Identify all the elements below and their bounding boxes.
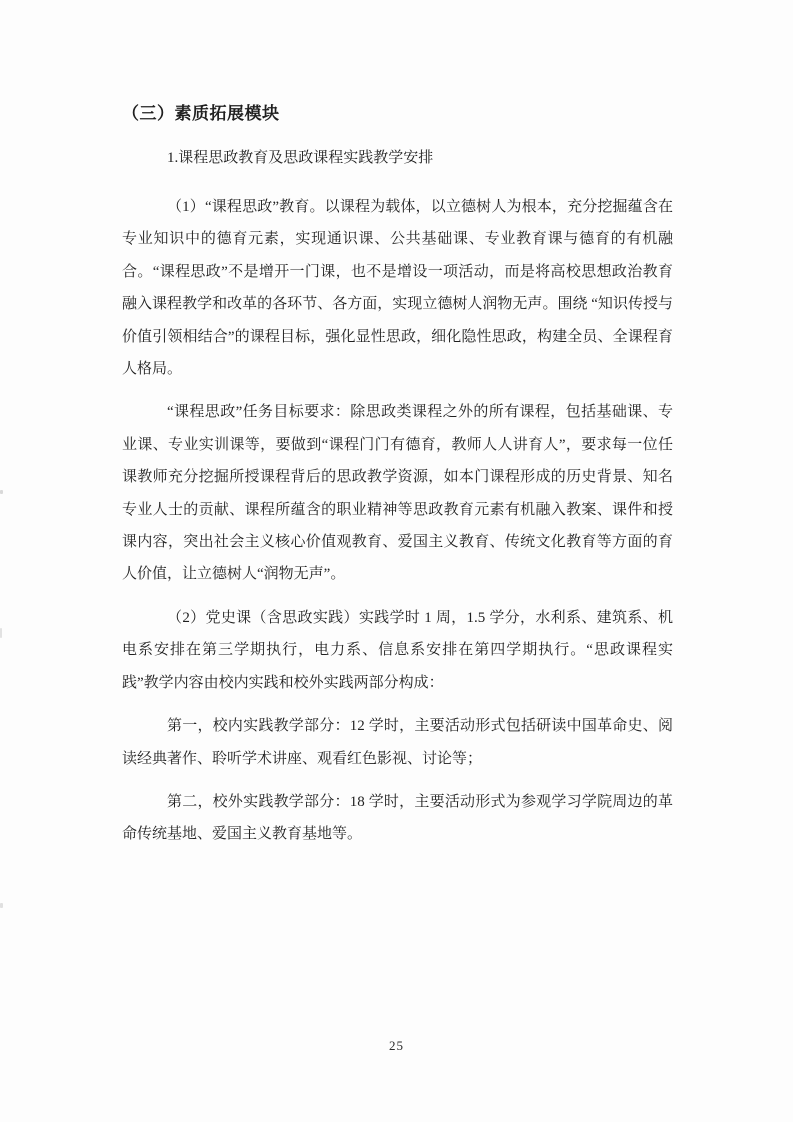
scan-speck	[0, 903, 3, 908]
paragraph: “课程思政”任务目标要求：除思政类课程之外的所有课程，包括基础课、专业课、专业实…	[122, 396, 673, 590]
document-page: （三）素质拓展模块 1.课程思政教育及思政课程实践教学安排 （1）“课程思政”教…	[0, 0, 793, 1122]
page-content: （三）素质拓展模块 1.课程思政教育及思政课程实践教学安排 （1）“课程思政”教…	[122, 0, 673, 862]
paragraph: 第一，校内实践教学部分：12 学时，主要活动形式包括研读中国革命史、阅读经典著作…	[122, 710, 673, 775]
subsection-heading: 1.课程思政教育及思政课程实践教学安排	[122, 142, 673, 174]
scan-speck	[0, 628, 2, 638]
paragraph: 第二，校外实践教学部分：18 学时，主要活动形式为参观学习学院周边的革命传统基地…	[122, 786, 673, 851]
page-number: 25	[0, 1038, 793, 1054]
section-heading: （三）素质拓展模块	[122, 104, 673, 124]
paragraph: （1）“课程思政”教育。以课程为载体，以立德树人为根本，充分挖掘蕴含在专业知识中…	[122, 191, 673, 385]
paragraph-group: （1）“课程思政”教育。以课程为载体，以立德树人为根本，充分挖掘蕴含在专业知识中…	[122, 191, 673, 851]
paragraph: （2）党史课（含思政实践）实践学时 1 周，1.5 学分，水利系、建筑系、机电系…	[122, 602, 673, 699]
scan-speck	[0, 490, 3, 494]
